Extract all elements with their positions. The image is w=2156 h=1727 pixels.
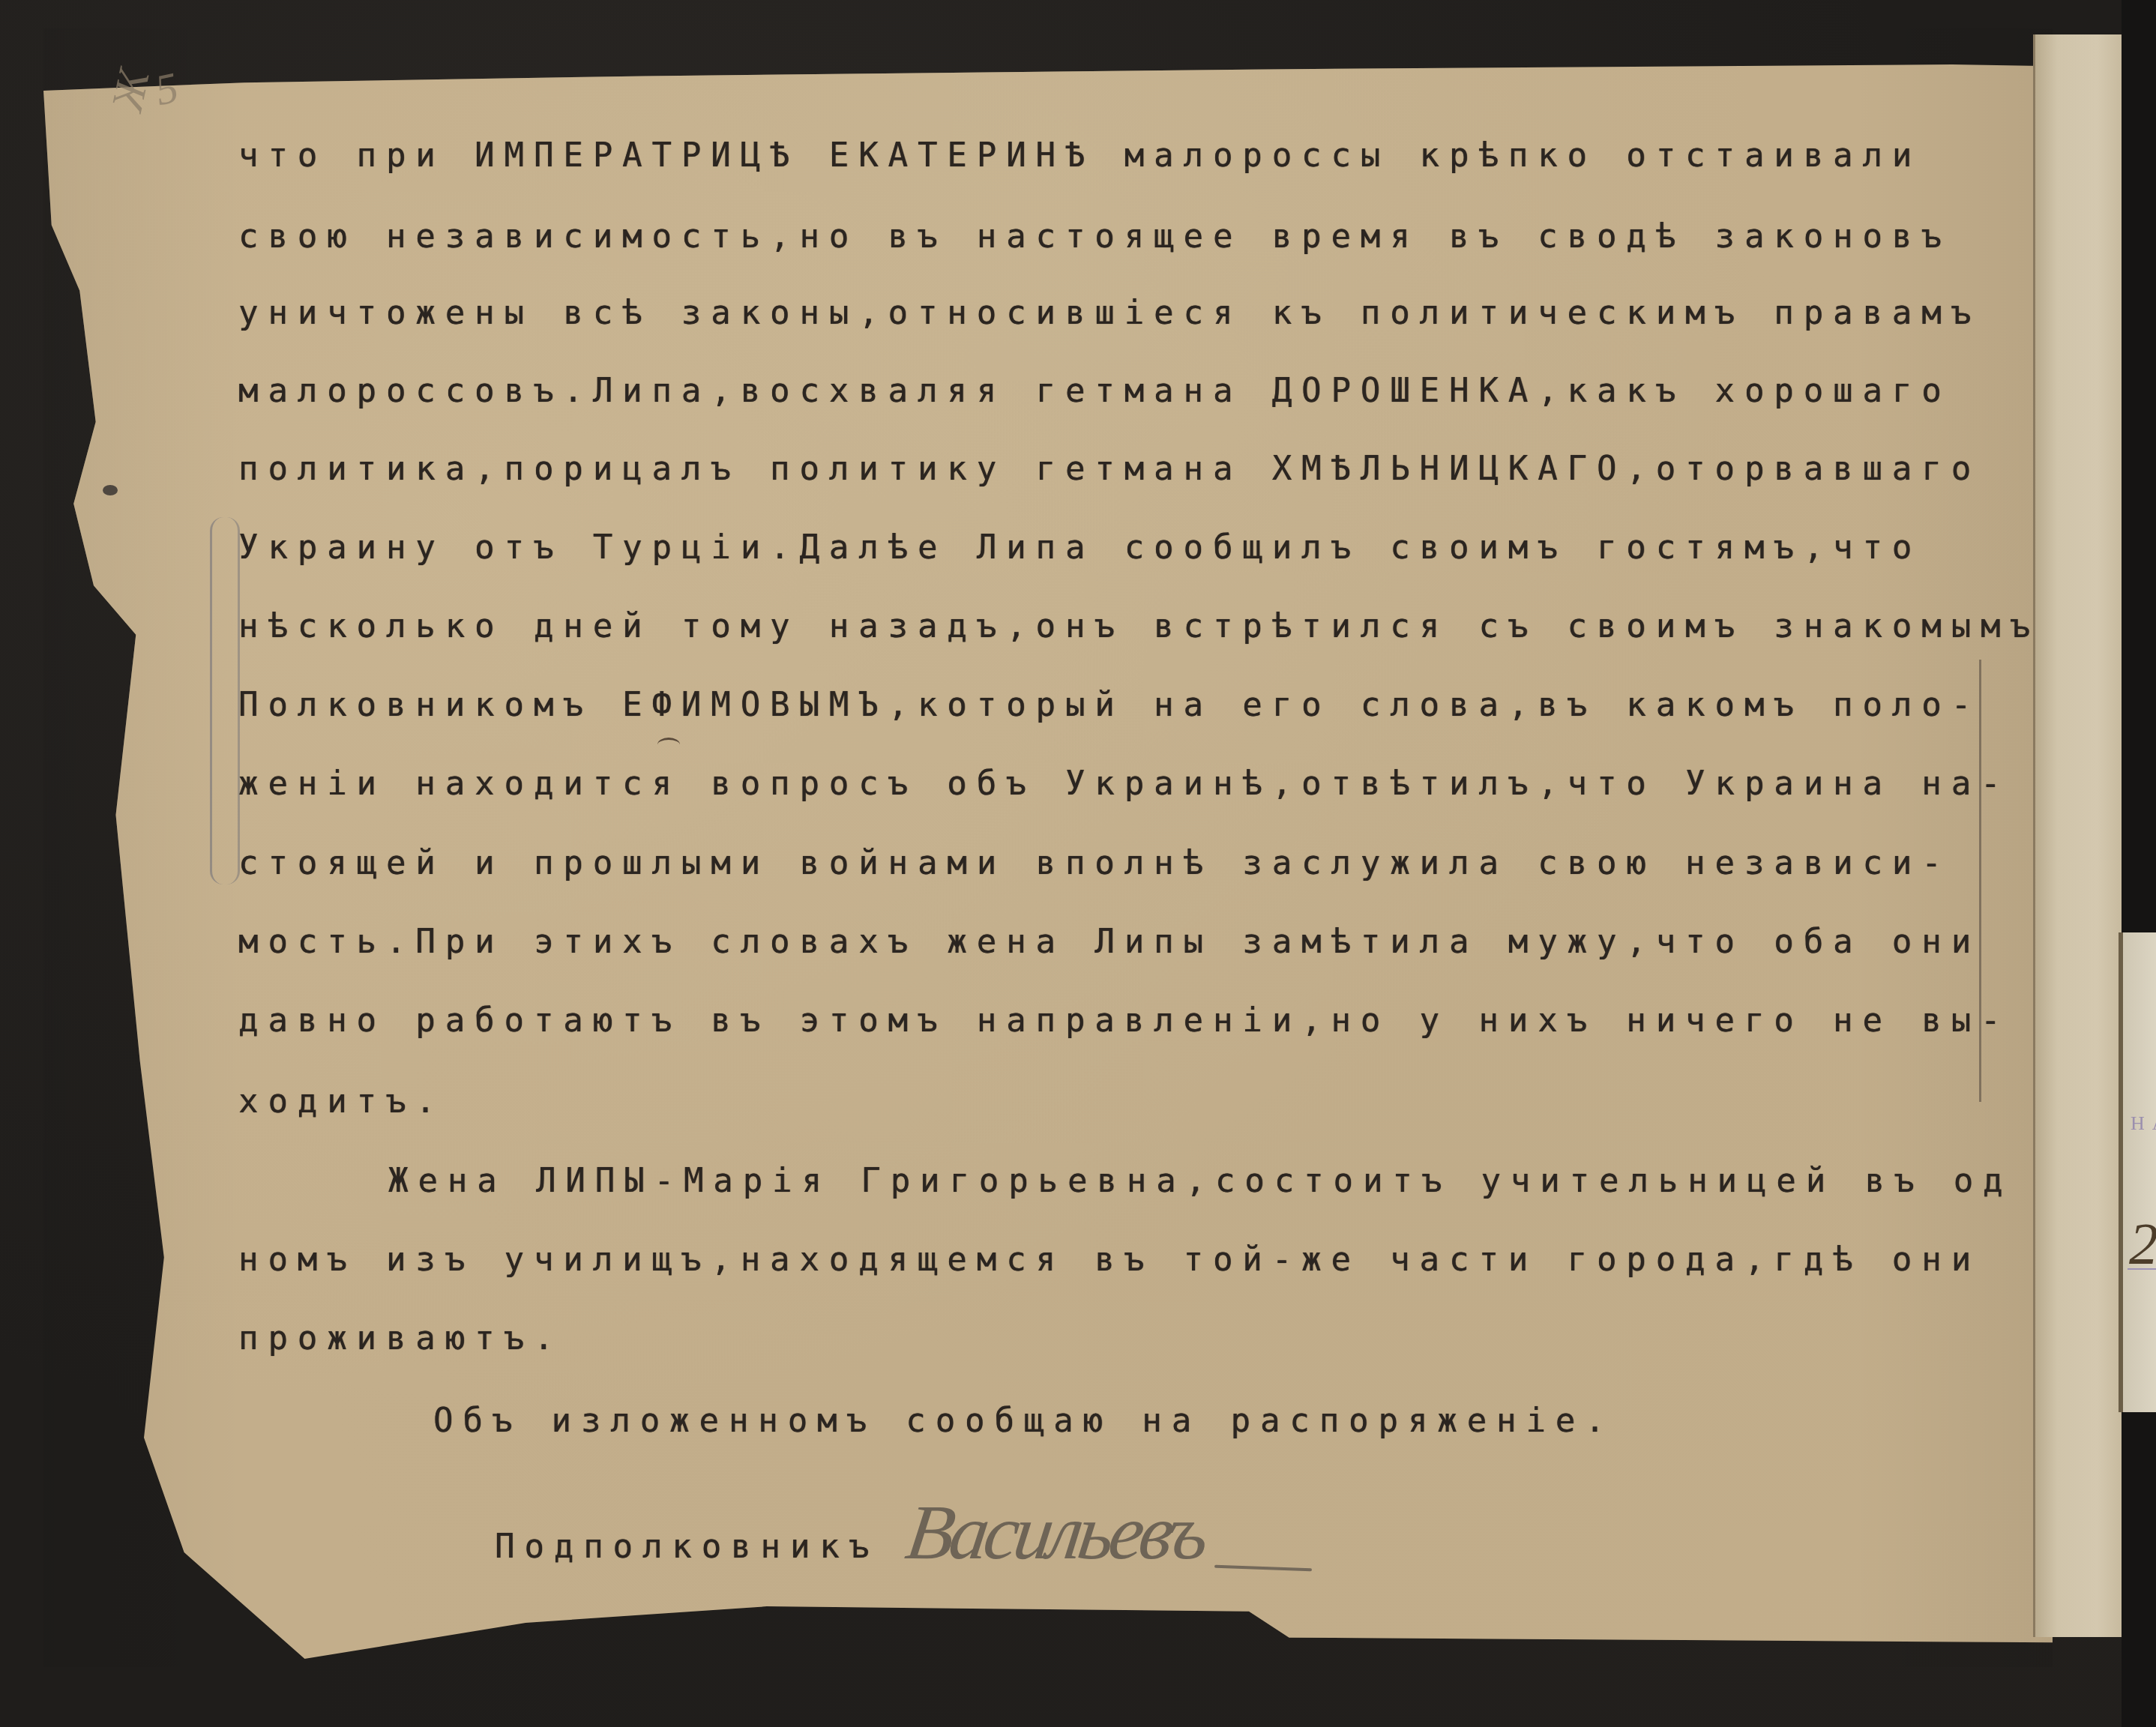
text-line: стоящей и прошлыми войнами вполнѣ заслуж… <box>238 847 1951 880</box>
signature-rank: Подполковникъ <box>495 1531 879 1564</box>
pencil-underline-mark <box>657 738 680 752</box>
handwritten-signature: Васильевъ <box>901 1488 1211 1577</box>
text-line: проживаютъ. <box>238 1322 563 1355</box>
text-line: женіи находится вопросъ объ Украинѣ,отвѣ… <box>238 768 2010 801</box>
text-line: нѣсколько дней тому назадъ,онъ встрѣтилс… <box>238 610 2040 643</box>
text-line: Украину отъ Турціи.Далѣе Липа сообщилъ с… <box>238 531 1921 564</box>
closing-line: Объ изложенномъ сообщаю на распоряженіе. <box>433 1405 1615 1438</box>
text-line: что при ИМПЕРАТРИЦѢ ЕКАТЕРИНѢ малороссы … <box>238 139 1921 172</box>
text-line: малороссовъ.Липа,восхваляя гетмана ДОРОШ… <box>238 375 1951 408</box>
text-line: ходитъ. <box>238 1085 445 1118</box>
text-line: номъ изъ училищъ,находящемся въ той-же ч… <box>238 1244 1981 1277</box>
text-line: Полковникомъ ЕФИМОВЫМЪ,который на его сл… <box>238 689 1981 722</box>
text-line: свою независимость,но въ настоящее время… <box>238 220 1951 253</box>
paragraph-start-line: Жена ЛИПЫ-Марія Григорьевна,состоитъ учи… <box>388 1165 2012 1198</box>
text-line: политика,порицалъ политику гетмана ХМѢЛЬ… <box>238 453 1981 486</box>
typed-text-body: что при ИМПЕРАТРИЦѢ ЕКАТЕРИНѢ малороссы … <box>0 0 2156 1727</box>
text-line: давно работаютъ въ этомъ направленіи,но … <box>238 1004 2010 1037</box>
text-line: мость.При этихъ словахъ жена Липы замѣти… <box>238 926 1981 959</box>
text-line: уничтожены всѣ законы,относившіеся къ по… <box>238 297 1981 330</box>
